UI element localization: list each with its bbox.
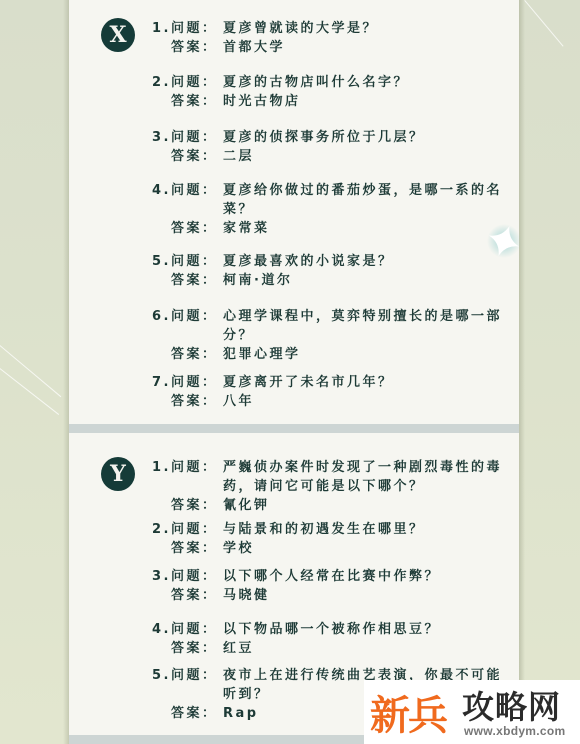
watermark-url: www.xbdym.com (464, 724, 565, 738)
question-number: 3.问题： (152, 567, 223, 586)
answer-label: 答案： (152, 496, 223, 515)
question-number: 4.问题： (152, 620, 223, 639)
qa-item: 7.问题：夏彦离开了未名市几年？ 答案：八年 (152, 373, 517, 411)
sparkle-icon (486, 223, 522, 259)
question-text: 夏彦离开了未名市几年？ (223, 373, 517, 392)
watermark-brand-dark: 攻略网 (462, 682, 561, 728)
answer-label: 答案： (152, 38, 223, 57)
light-streak (524, 0, 563, 47)
answer-label: 答案： (152, 539, 223, 558)
panel-shadow-right (519, 0, 525, 744)
answer-text: 红豆 (223, 639, 517, 658)
answer-label: 答案： (152, 147, 223, 166)
question-number: 2.问题： (152, 73, 223, 92)
answer-label: 答案： (152, 345, 223, 364)
answer-text: 马晓健 (223, 586, 517, 605)
answer-label: 答案： (152, 392, 223, 411)
qa-item: 1.问题：严巍侦办案件时发现了一种剧烈毒性的毒药，请问它可能是以下哪个？ 答案：… (152, 458, 517, 515)
question-text: 夏彦最喜欢的小说家是？ (223, 252, 517, 271)
question-text: 夏彦的侦探事务所位于几层？ (223, 128, 517, 147)
qa-item: 4.问题：夏彦给你做过的番茄炒蛋，是哪一系的名菜？ 答案：家常菜 (152, 181, 517, 238)
answer-label: 答案： (152, 271, 223, 290)
question-text: 以下哪个人经常在比赛中作弊？ (223, 567, 517, 586)
answer-label: 答案： (152, 704, 223, 723)
question-number: 1.问题： (152, 458, 223, 496)
question-number: 4.问题： (152, 181, 223, 219)
answer-label: 答案： (152, 219, 223, 238)
qa-item: 2.问题：夏彦的古物店叫什么名字？ 答案：时光古物店 (152, 73, 517, 111)
question-text: 与陆景和的初遇发生在哪里？ (223, 520, 517, 539)
question-number: 3.问题： (152, 128, 223, 147)
qa-item: 1.问题：夏彦曾就读的大学是？ 答案：首都大学 (152, 19, 517, 57)
answer-text: 氰化钾 (223, 496, 517, 515)
answer-text: 八年 (223, 392, 517, 411)
question-text: 心理学课程中，莫弈特别擅长的是哪一部分？ (223, 307, 517, 345)
section-badge-y: Y (101, 457, 135, 491)
light-streak (0, 368, 59, 415)
question-number: 1.问题： (152, 19, 223, 38)
question-number: 6.问题： (152, 307, 223, 345)
question-number: 5.问题： (152, 252, 223, 271)
qa-item: 2.问题：与陆景和的初遇发生在哪里？ 答案：学校 (152, 520, 517, 558)
site-watermark: 新兵 攻略网 www.xbdym.com (364, 680, 580, 744)
answer-text: 首都大学 (223, 38, 517, 57)
qa-item: 3.问题：夏彦的侦探事务所位于几层？ 答案：二层 (152, 128, 517, 166)
answer-text: 犯罪心理学 (223, 345, 517, 364)
question-number: 5.问题： (152, 666, 223, 704)
qa-item: 5.问题：夏彦最喜欢的小说家是？ 答案：柯南·道尔 (152, 252, 517, 290)
answer-label: 答案： (152, 639, 223, 658)
answer-text: 学校 (223, 539, 517, 558)
qa-item: 3.问题：以下哪个人经常在比赛中作弊？ 答案：马晓健 (152, 567, 517, 605)
answer-label: 答案： (152, 586, 223, 605)
answer-text: 家常菜 (223, 219, 517, 238)
question-text: 夏彦给你做过的番茄炒蛋，是哪一系的名菜？ (223, 181, 517, 219)
answer-label: 答案： (152, 92, 223, 111)
question-text: 以下物品哪一个被称作相思豆？ (223, 620, 517, 639)
watermark-brand-orange: 新兵 (370, 684, 446, 741)
section-badge-x: X (101, 18, 135, 52)
answer-text: 二层 (223, 147, 517, 166)
question-text: 夏彦曾就读的大学是？ (223, 19, 517, 38)
light-streak (0, 345, 61, 397)
question-number: 7.问题： (152, 373, 223, 392)
section-divider (69, 424, 519, 433)
question-number: 2.问题： (152, 520, 223, 539)
question-text: 严巍侦办案件时发现了一种剧烈毒性的毒药，请问它可能是以下哪个？ (223, 458, 517, 496)
qa-item: 4.问题：以下物品哪一个被称作相思豆？ 答案：红豆 (152, 620, 517, 658)
answer-text: 时光古物店 (223, 92, 517, 111)
qa-item: 6.问题：心理学课程中，莫弈特别擅长的是哪一部分？ 答案：犯罪心理学 (152, 307, 517, 364)
answer-text: 柯南·道尔 (223, 271, 517, 290)
question-text: 夏彦的古物店叫什么名字？ (223, 73, 517, 92)
